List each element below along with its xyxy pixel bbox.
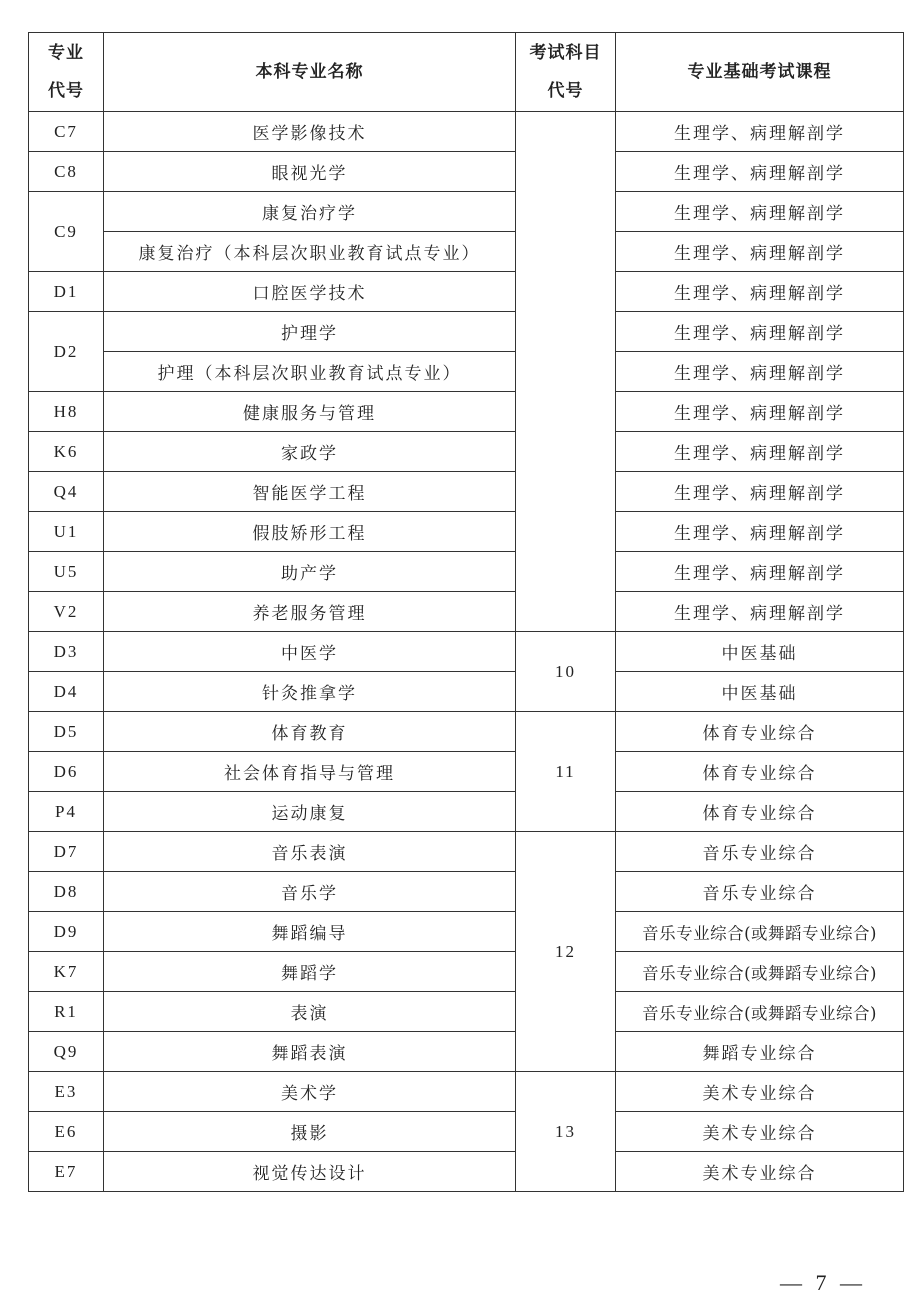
major-code-cell: P4 <box>29 792 104 832</box>
major-name-cell: 音乐学 <box>104 872 516 912</box>
table-row: D8音乐学音乐专业综合 <box>29 872 904 912</box>
major-name-cell: 口腔医学技术 <box>104 272 516 312</box>
exam-course-cell: 生理学、病理解剖学 <box>616 592 904 632</box>
subject-code-cell: 12 <box>516 832 616 1072</box>
exam-course-cell: 生理学、病理解剖学 <box>616 192 904 232</box>
exam-course-cell: 生理学、病理解剖学 <box>616 232 904 272</box>
major-name-cell: 运动康复 <box>104 792 516 832</box>
major-code-cell: E7 <box>29 1152 104 1192</box>
table-row: Q4智能医学工程生理学、病理解剖学 <box>29 472 904 512</box>
major-exam-table: 专业 代号 本科专业名称 考试科目 代号 专业基础考试课程 C7医学影像技术生理… <box>28 32 904 1192</box>
exam-course-cell: 生理学、病理解剖学 <box>616 512 904 552</box>
major-code-cell: Q9 <box>29 1032 104 1072</box>
major-name-cell: 针灸推拿学 <box>104 672 516 712</box>
major-name-cell: 家政学 <box>104 432 516 472</box>
major-code-cell: D4 <box>29 672 104 712</box>
table-row: V2养老服务管理生理学、病理解剖学 <box>29 592 904 632</box>
exam-course-cell: 音乐专业综合 <box>616 872 904 912</box>
table-row: D3中医学10中医基础 <box>29 632 904 672</box>
table-row: D2护理学生理学、病理解剖学 <box>29 312 904 352</box>
major-name-cell: 眼视光学 <box>104 152 516 192</box>
major-code-cell: E6 <box>29 1112 104 1152</box>
major-name-cell: 美术学 <box>104 1072 516 1112</box>
major-name-cell: 舞蹈学 <box>104 952 516 992</box>
page-number: — 7 — <box>780 1270 866 1296</box>
exam-course-cell: 美术专业综合 <box>616 1152 904 1192</box>
major-name-cell: 社会体育指导与管理 <box>104 752 516 792</box>
major-name-cell: 康复治疗学 <box>104 192 516 232</box>
exam-course-cell: 生理学、病理解剖学 <box>616 152 904 192</box>
table-row: D1口腔医学技术生理学、病理解剖学 <box>29 272 904 312</box>
major-name-cell: 助产学 <box>104 552 516 592</box>
major-name-cell: 舞蹈编导 <box>104 912 516 952</box>
table-row: C7医学影像技术生理学、病理解剖学 <box>29 112 904 152</box>
major-code-cell: D9 <box>29 912 104 952</box>
major-name-cell: 音乐表演 <box>104 832 516 872</box>
table-header-row: 专业 代号 本科专业名称 考试科目 代号 专业基础考试课程 <box>29 33 904 112</box>
table-row: 康复治疗（本科层次职业教育试点专业）生理学、病理解剖学 <box>29 232 904 272</box>
table-row: U1假肢矫形工程生理学、病理解剖学 <box>29 512 904 552</box>
major-code-cell: C8 <box>29 152 104 192</box>
exam-course-cell: 中医基础 <box>616 672 904 712</box>
major-code-cell: K7 <box>29 952 104 992</box>
major-code-cell: Q4 <box>29 472 104 512</box>
subject-code-cell: 10 <box>516 632 616 712</box>
major-code-cell: D7 <box>29 832 104 872</box>
major-name-cell: 假肢矫形工程 <box>104 512 516 552</box>
major-code-cell: D8 <box>29 872 104 912</box>
major-name-cell: 体育教育 <box>104 712 516 752</box>
major-code-cell: H8 <box>29 392 104 432</box>
major-name-cell: 表演 <box>104 992 516 1032</box>
exam-course-cell: 美术专业综合 <box>616 1072 904 1112</box>
major-name-cell: 智能医学工程 <box>104 472 516 512</box>
exam-course-cell: 中医基础 <box>616 632 904 672</box>
major-name-cell: 护理（本科层次职业教育试点专业） <box>104 352 516 392</box>
exam-course-cell: 生理学、病理解剖学 <box>616 432 904 472</box>
table-row: D5体育教育11体育专业综合 <box>29 712 904 752</box>
exam-course-cell: 体育专业综合 <box>616 752 904 792</box>
major-name-cell: 健康服务与管理 <box>104 392 516 432</box>
exam-course-cell: 音乐专业综合(或舞蹈专业综合) <box>616 992 904 1032</box>
table-row: E7视觉传达设计美术专业综合 <box>29 1152 904 1192</box>
major-code-cell: D6 <box>29 752 104 792</box>
major-name-cell: 护理学 <box>104 312 516 352</box>
subject-code-cell: 11 <box>516 712 616 832</box>
table-row: E3美术学13美术专业综合 <box>29 1072 904 1112</box>
major-code-cell: R1 <box>29 992 104 1032</box>
exam-course-cell: 音乐专业综合 <box>616 832 904 872</box>
table-row: D7音乐表演12音乐专业综合 <box>29 832 904 872</box>
header-exam-course: 专业基础考试课程 <box>616 33 904 112</box>
major-code-cell: C7 <box>29 112 104 152</box>
major-code-cell: U5 <box>29 552 104 592</box>
major-name-cell: 中医学 <box>104 632 516 672</box>
exam-course-cell: 生理学、病理解剖学 <box>616 552 904 592</box>
table-row: Q9舞蹈表演舞蹈专业综合 <box>29 1032 904 1072</box>
header-subject-code: 考试科目 代号 <box>516 33 616 112</box>
table-row: H8健康服务与管理生理学、病理解剖学 <box>29 392 904 432</box>
major-code-cell: D3 <box>29 632 104 672</box>
table-row: K6家政学生理学、病理解剖学 <box>29 432 904 472</box>
major-name-cell: 医学影像技术 <box>104 112 516 152</box>
exam-course-cell: 生理学、病理解剖学 <box>616 272 904 312</box>
exam-course-cell: 音乐专业综合(或舞蹈专业综合) <box>616 912 904 952</box>
exam-course-cell: 生理学、病理解剖学 <box>616 472 904 512</box>
major-code-cell: U1 <box>29 512 104 552</box>
exam-course-cell: 体育专业综合 <box>616 792 904 832</box>
exam-course-cell: 舞蹈专业综合 <box>616 1032 904 1072</box>
table-row: E6摄影美术专业综合 <box>29 1112 904 1152</box>
subject-code-cell: 13 <box>516 1072 616 1192</box>
exam-course-cell: 体育专业综合 <box>616 712 904 752</box>
exam-course-cell: 美术专业综合 <box>616 1112 904 1152</box>
major-code-cell: D5 <box>29 712 104 752</box>
header-major-code: 专业 代号 <box>29 33 104 112</box>
table-row: K7舞蹈学音乐专业综合(或舞蹈专业综合) <box>29 952 904 992</box>
major-name-cell: 康复治疗（本科层次职业教育试点专业） <box>104 232 516 272</box>
subject-code-cell <box>516 112 616 632</box>
major-code-cell: C9 <box>29 192 104 272</box>
table-row: 护理（本科层次职业教育试点专业）生理学、病理解剖学 <box>29 352 904 392</box>
table-row: D9舞蹈编导音乐专业综合(或舞蹈专业综合) <box>29 912 904 952</box>
major-name-cell: 摄影 <box>104 1112 516 1152</box>
exam-course-cell: 生理学、病理解剖学 <box>616 352 904 392</box>
major-code-cell: D1 <box>29 272 104 312</box>
major-name-cell: 视觉传达设计 <box>104 1152 516 1192</box>
table-row: R1表演音乐专业综合(或舞蹈专业综合) <box>29 992 904 1032</box>
table-row: U5助产学生理学、病理解剖学 <box>29 552 904 592</box>
exam-course-cell: 生理学、病理解剖学 <box>616 392 904 432</box>
table-row: D6社会体育指导与管理体育专业综合 <box>29 752 904 792</box>
exam-course-cell: 音乐专业综合(或舞蹈专业综合) <box>616 952 904 992</box>
major-code-cell: K6 <box>29 432 104 472</box>
major-name-cell: 舞蹈表演 <box>104 1032 516 1072</box>
major-name-cell: 养老服务管理 <box>104 592 516 632</box>
table-row: P4运动康复体育专业综合 <box>29 792 904 832</box>
table-row: C9康复治疗学生理学、病理解剖学 <box>29 192 904 232</box>
header-major-name: 本科专业名称 <box>104 33 516 112</box>
exam-course-cell: 生理学、病理解剖学 <box>616 112 904 152</box>
table-row: D4针灸推拿学中医基础 <box>29 672 904 712</box>
major-code-cell: D2 <box>29 312 104 392</box>
table-row: C8眼视光学生理学、病理解剖学 <box>29 152 904 192</box>
major-code-cell: V2 <box>29 592 104 632</box>
exam-course-cell: 生理学、病理解剖学 <box>616 312 904 352</box>
major-code-cell: E3 <box>29 1072 104 1112</box>
